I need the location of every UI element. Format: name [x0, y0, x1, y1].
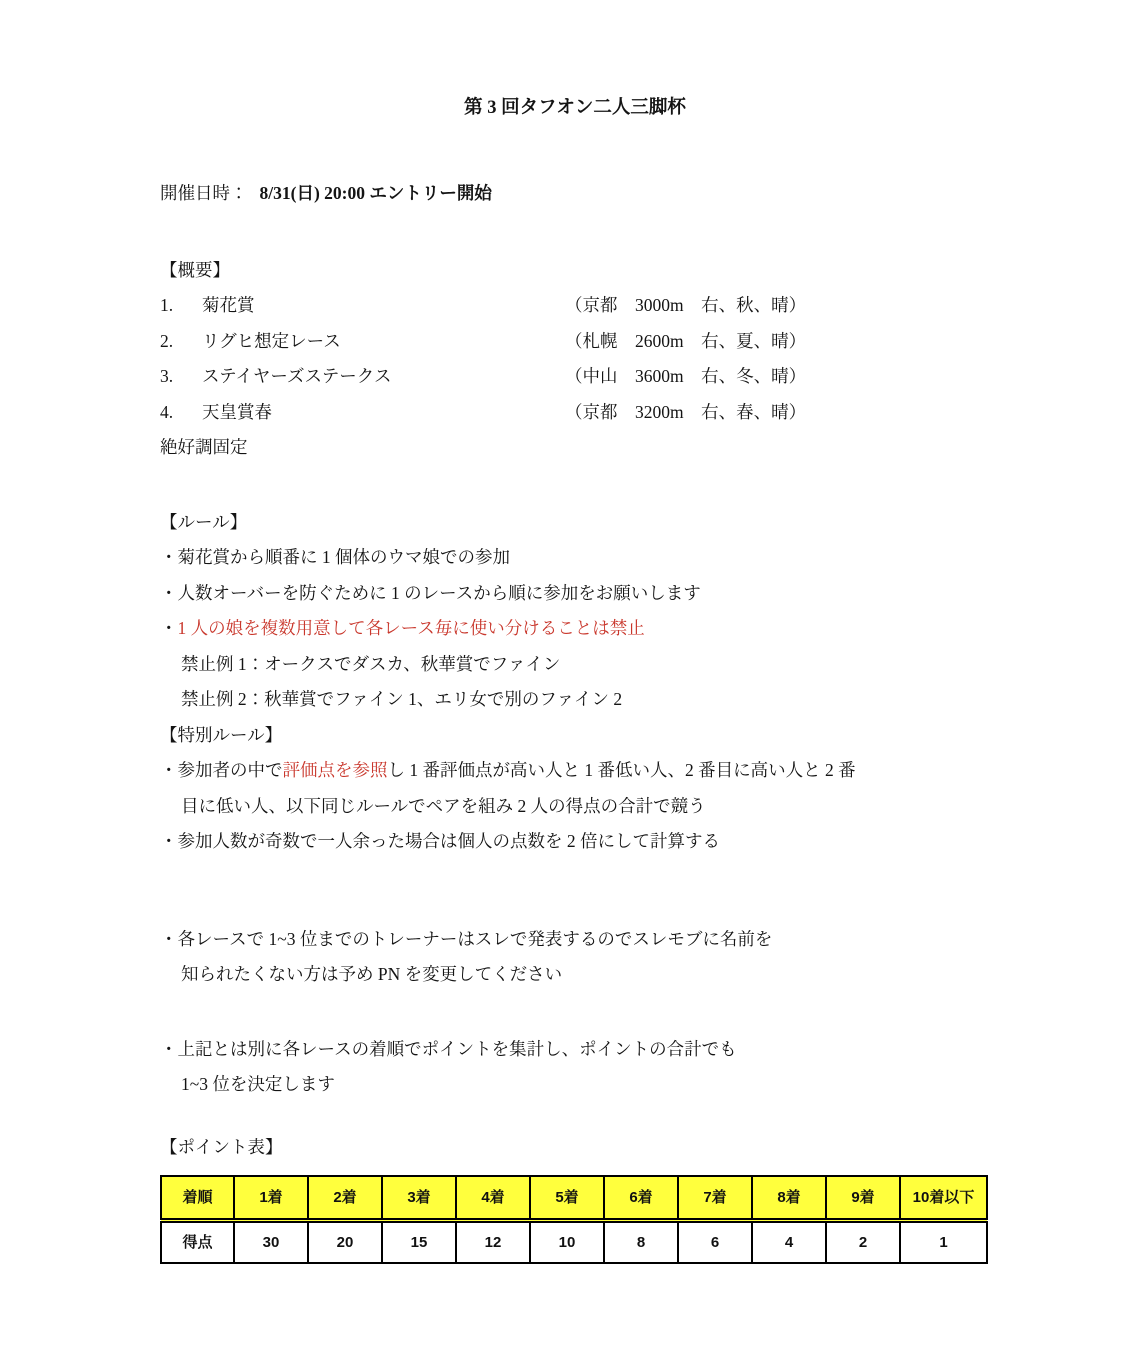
special-rule-red-phrase: 評価点を参照	[283, 760, 388, 780]
points-table-header-row: 着順 1着 2着 3着 4着 5着 6着 7着 8着 9着 10着以下	[161, 1176, 987, 1221]
document-page: 第 3 回タフオン二人三脚杯 開催日時：8/31(日) 20:00 エントリー開…	[0, 0, 1140, 1354]
schedule-label: 開催日時：	[160, 183, 248, 203]
header-cell: 着順	[161, 1176, 234, 1221]
value-cell: 15	[382, 1221, 456, 1264]
schedule-value: 8/31(日) 20:00 エントリー開始	[260, 183, 492, 203]
race-item-3: 3.ステイヤーズステークス （中山 3600m 右、冬、晴）	[160, 359, 990, 395]
special-rules-heading: 【特別ルール】	[160, 718, 990, 754]
special-rule-line-3: ・参加人数が奇数で一人余った場合は個人の点数を 2 倍にして計算する	[160, 824, 990, 860]
row-label-cell: 得点	[161, 1221, 234, 1264]
value-cell: 12	[456, 1221, 530, 1264]
race-detail: （中山 3600m 右、冬、晴）	[565, 359, 806, 395]
header-cell: 10着以下	[900, 1176, 987, 1221]
race-name: リグヒ想定レース	[202, 331, 341, 351]
header-cell: 9着	[826, 1176, 900, 1221]
points-table-heading: 【ポイント表】	[160, 1130, 990, 1166]
special-rule-line-1: ・参加者の中で評価点を参照し 1 番評価点が高い人と 1 番低い人、2 番目に高…	[160, 753, 990, 789]
rule-item-forbidden: ・1 人の娘を複数用意して各レース毎に使い分けることは禁止	[160, 611, 990, 647]
announce-line-1: ・各レースで 1~3 位までのトレーナーはスレで発表するのでスレモブに名前を	[160, 922, 990, 958]
header-cell: 4着	[456, 1176, 530, 1221]
header-cell: 7着	[678, 1176, 752, 1221]
overview-heading: 【概要】	[160, 253, 990, 289]
race-number: 4.	[160, 395, 202, 431]
special-rule-post: し 1 番評価点が高い人と 1 番低い人、2 番目に高い人と 2 番	[388, 760, 856, 780]
page-title: 第 3 回タフオン二人三脚杯	[160, 90, 990, 126]
special-rule-pre: ・参加者の中で	[160, 760, 283, 780]
value-cell: 30	[234, 1221, 308, 1264]
race-detail: （京都 3000m 右、秋、晴）	[565, 288, 806, 324]
points-table: 着順 1着 2着 3着 4着 5着 6着 7着 8着 9着 10着以下 得点 3…	[160, 1175, 988, 1264]
value-cell: 20	[308, 1221, 382, 1264]
race-detail: （札幌 2600m 右、夏、晴）	[565, 324, 806, 360]
value-cell: 1	[900, 1221, 987, 1264]
announce-line-2: 知られたくない方は予め PN を変更してください	[160, 957, 990, 993]
race-name: ステイヤーズステークス	[202, 366, 392, 386]
forbidden-text: 1 人の娘を複数用意して各レース毎に使い分けることは禁止	[178, 618, 645, 638]
race-item-1: 1.菊花賞 （京都 3000m 右、秋、晴）	[160, 288, 990, 324]
rules-heading: 【ルール】	[160, 505, 990, 541]
points-note-line-2: 1~3 位を決定します	[160, 1067, 990, 1103]
rule-item-1: ・菊花賞から順番に 1 個体のウマ娘での参加	[160, 540, 990, 576]
header-cell: 6着	[604, 1176, 678, 1221]
header-cell: 1着	[234, 1176, 308, 1221]
header-cell: 2着	[308, 1176, 382, 1221]
value-cell: 2	[826, 1221, 900, 1264]
value-cell: 8	[604, 1221, 678, 1264]
condition-note: 絶好調固定	[160, 430, 990, 466]
points-note-line-1: ・上記とは別に各レースの着順でポイントを集計し、ポイントの合計でも	[160, 1032, 990, 1068]
race-item-4: 4.天皇賞春 （京都 3200m 右、春、晴）	[160, 395, 990, 431]
race-name: 菊花賞	[202, 295, 255, 315]
forbidden-example-2: 禁止例 2：秋華賞でファイン 1、エリ女で別のファイン 2	[160, 682, 990, 718]
header-cell: 5着	[530, 1176, 604, 1221]
race-number: 2.	[160, 324, 202, 360]
rule-item-2: ・人数オーバーを防ぐために 1 のレースから順に参加をお願いします	[160, 576, 990, 612]
schedule-line: 開催日時：8/31(日) 20:00 エントリー開始	[160, 176, 990, 212]
value-cell: 10	[530, 1221, 604, 1264]
race-number: 1.	[160, 288, 202, 324]
special-rule-line-2: 目に低い人、以下同じルールでペアを組み 2 人の得点の合計で競う	[160, 789, 990, 825]
forbidden-bullet: ・	[160, 618, 178, 638]
header-cell: 8着	[752, 1176, 826, 1221]
value-cell: 6	[678, 1221, 752, 1264]
points-table-data-row: 得点 30 20 15 12 10 8 6 4 2 1	[161, 1221, 987, 1264]
forbidden-example-1: 禁止例 1：オークスでダスカ、秋華賞でファイン	[160, 647, 990, 683]
race-item-2: 2.リグヒ想定レース （札幌 2600m 右、夏、晴）	[160, 324, 990, 360]
race-number: 3.	[160, 359, 202, 395]
header-cell: 3着	[382, 1176, 456, 1221]
race-detail: （京都 3200m 右、春、晴）	[565, 395, 806, 431]
race-name: 天皇賞春	[202, 402, 272, 422]
value-cell: 4	[752, 1221, 826, 1264]
